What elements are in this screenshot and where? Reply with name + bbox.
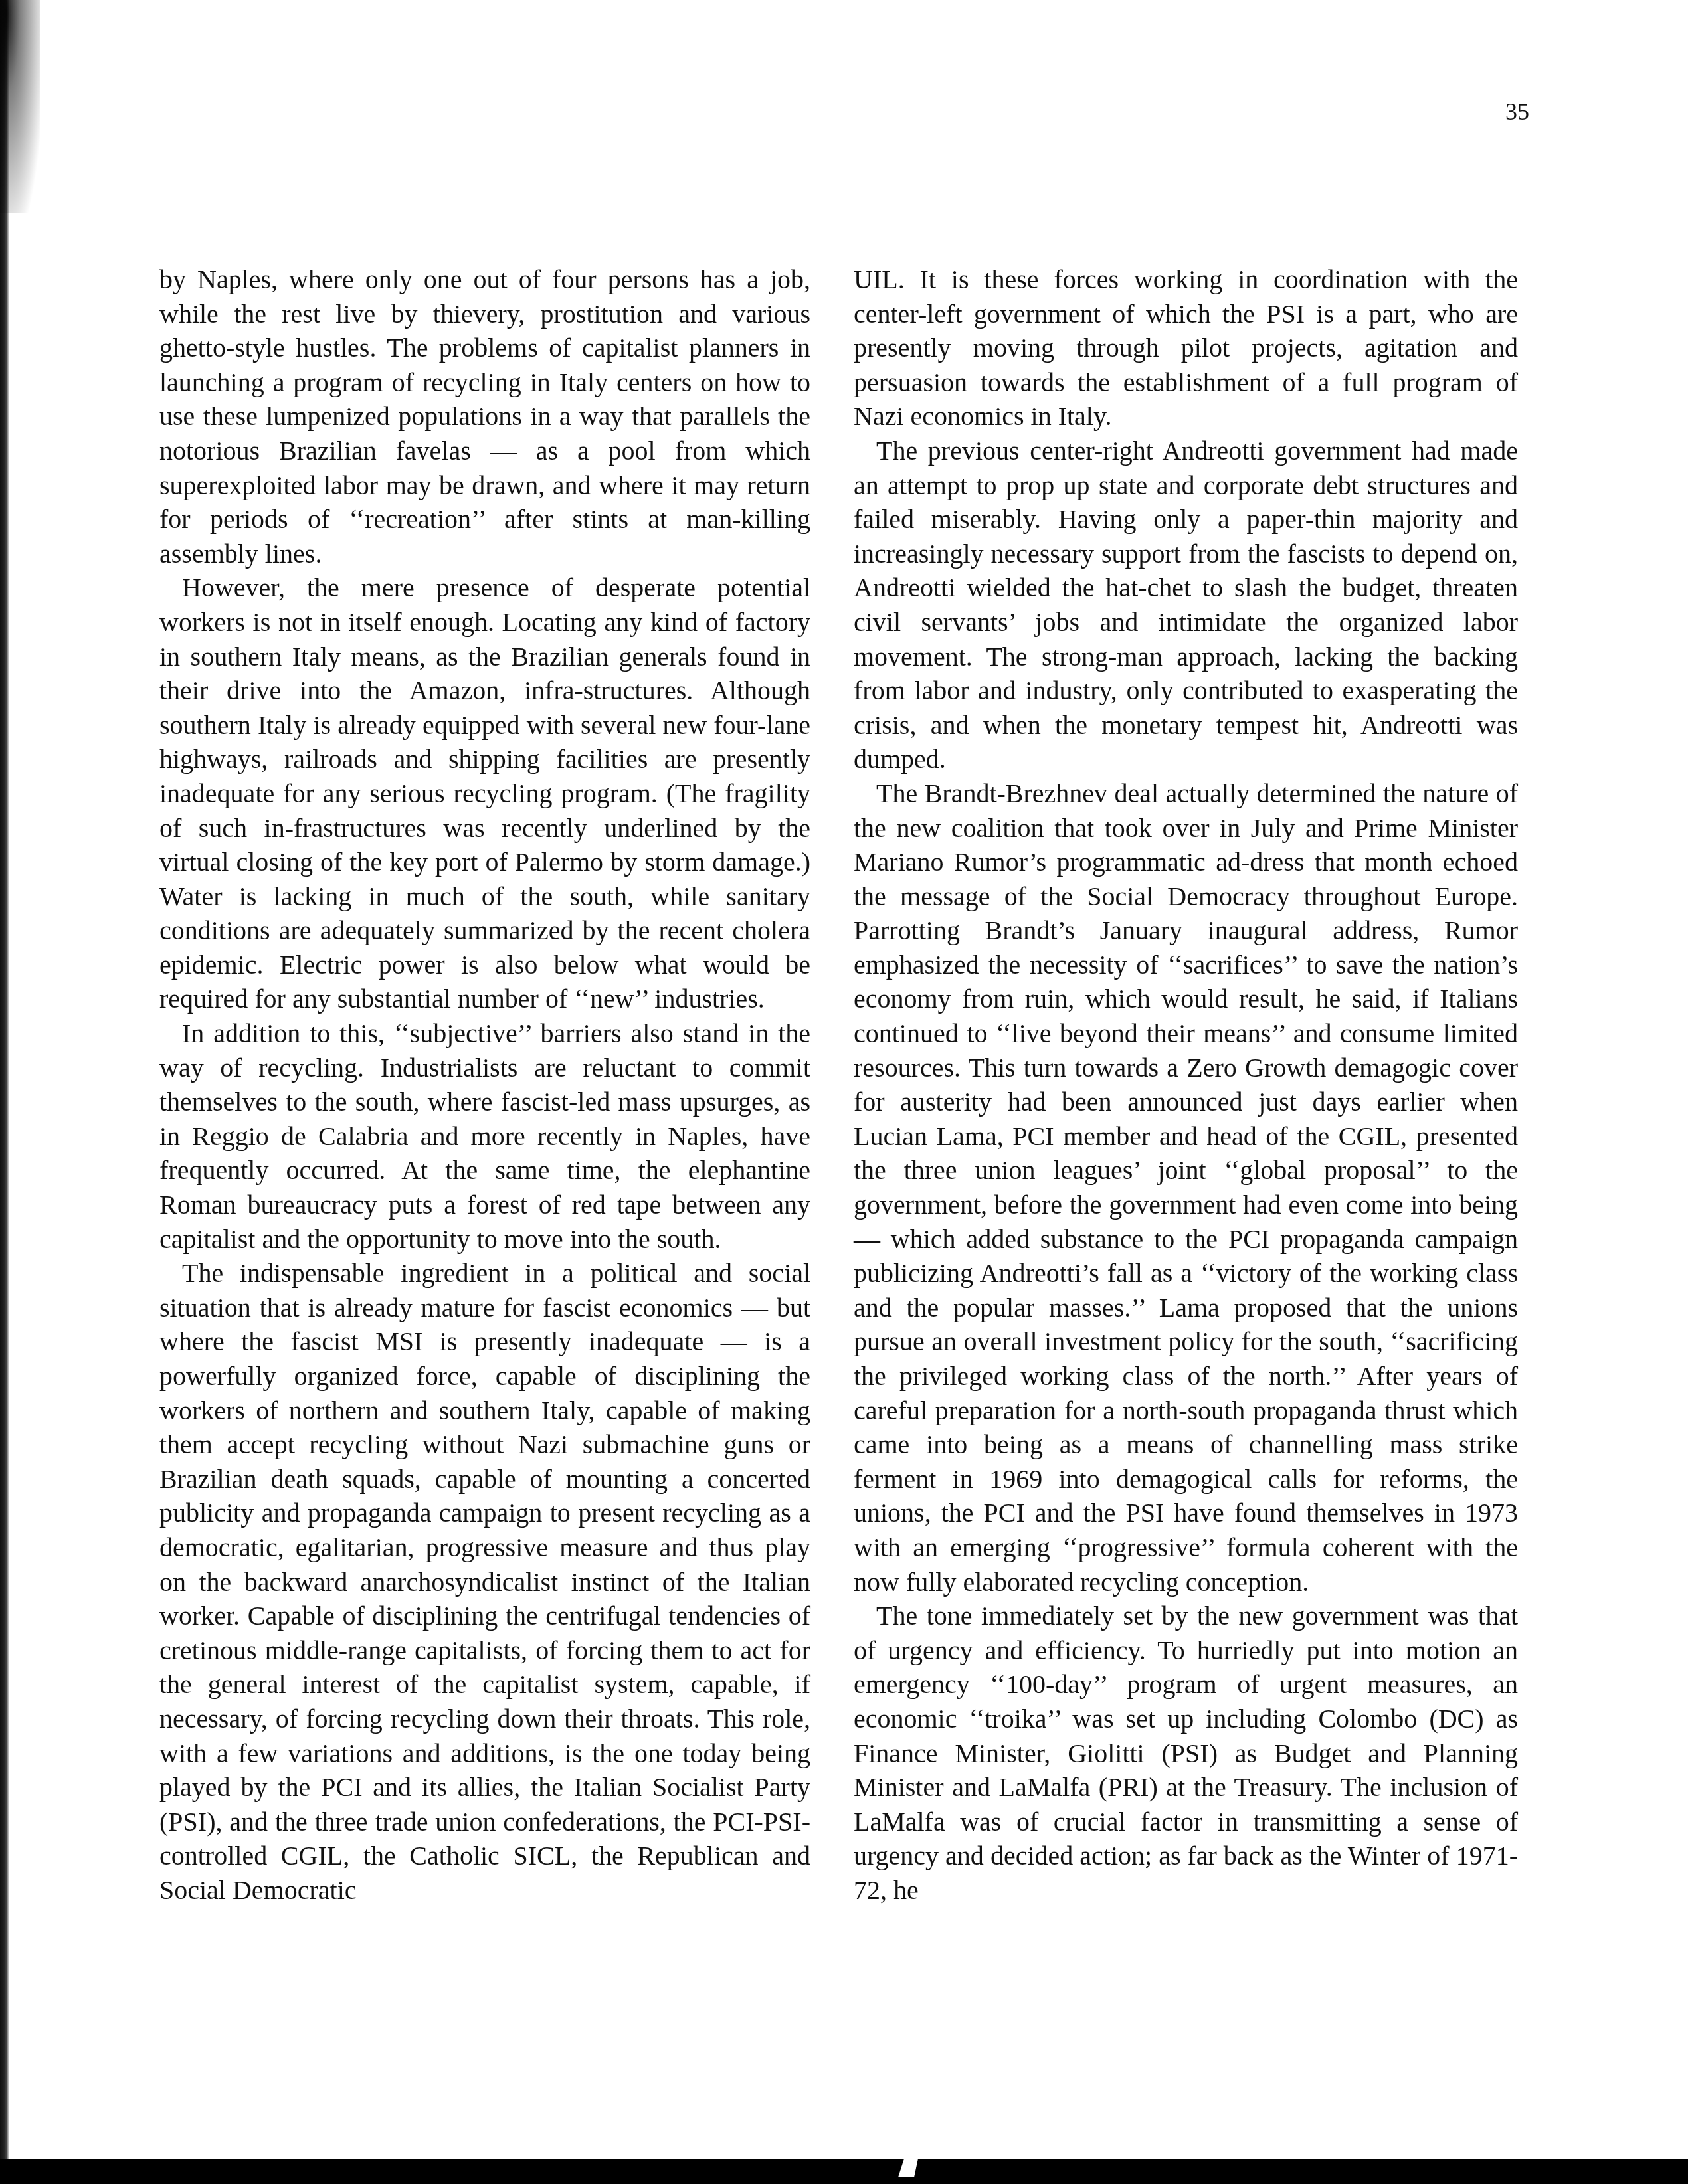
scan-speckle [0, 0, 40, 213]
paragraph-continued: by Naples, where only one out of four pe… [159, 262, 810, 571]
paragraph: In addition to this, ‘‘subjective’’ barr… [159, 1016, 810, 1256]
scan-binding-edge [0, 0, 9, 2184]
paragraph: The tone immediately set by the new gove… [854, 1599, 1518, 1907]
paragraph: The Brandt-Brezhnev deal actually determ… [854, 776, 1518, 1599]
page-number: 35 [1505, 100, 1529, 124]
paragraph-continued: UIL. It is these forces working in coord… [854, 262, 1518, 434]
left-column: by Naples, where only one out of four pe… [159, 262, 810, 1908]
paragraph: The indispensable ingredient in a politi… [159, 1256, 810, 1907]
scan-bottom-edge [0, 2159, 1688, 2184]
right-column: UIL. It is these forces working in coord… [854, 262, 1518, 1908]
paragraph: However, the mere presence of desperate … [159, 571, 810, 1016]
paragraph: The previous center-right Andreotti gove… [854, 434, 1518, 776]
